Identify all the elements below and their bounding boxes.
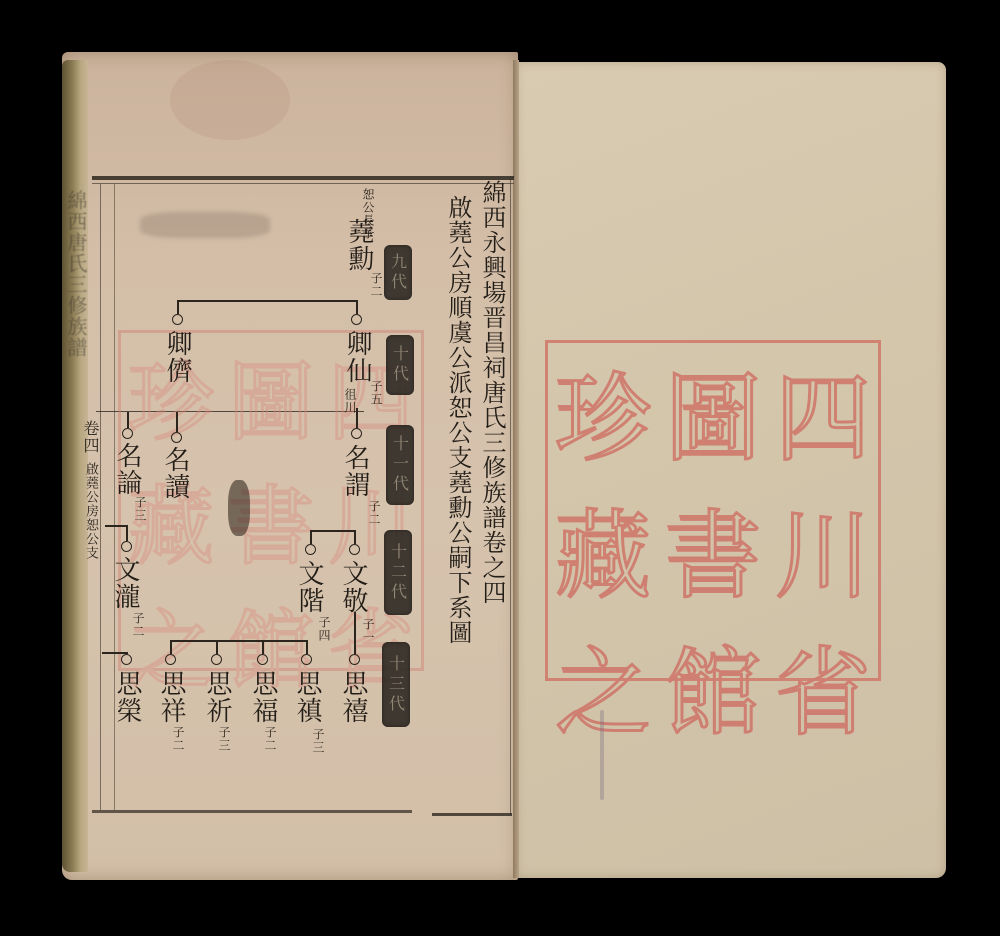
person-wenjing-note: 子一 (362, 618, 374, 644)
faded-text-smudge (140, 212, 270, 238)
tree-line (170, 640, 172, 654)
book-spread: 四 川 省 圖 書 館 珍 藏 之 綿西唐氏三修族譜 卷四 啟蕘公房恕公支 綿西… (0, 0, 1000, 936)
tree-node (121, 541, 132, 552)
person-wenjing: 文敬 (340, 560, 366, 614)
tree-line (177, 300, 357, 302)
person-wenlong: 文瀧 (112, 556, 138, 610)
tree-line (356, 300, 358, 314)
tree-line (127, 412, 129, 428)
person-qingxian-alt: 徂川 (344, 388, 356, 414)
tree-node (171, 432, 182, 443)
person-sifu-note: 子二 (264, 726, 276, 752)
tree-line (354, 530, 356, 544)
person-sifu: 思福 (250, 670, 276, 724)
generation-label-9: 九代 (384, 245, 412, 300)
person-mingwei-note: 子二 (368, 500, 380, 526)
frame-top-rule-thin (92, 183, 514, 184)
tree-line (177, 300, 179, 314)
person-minglun-note: 子三 (134, 496, 146, 522)
person-mingwei: 名謂 (342, 444, 368, 498)
tree-node (351, 314, 362, 325)
tree-line (176, 412, 178, 432)
person-qingxian: 卿仙 (344, 330, 370, 384)
frame-bottom-rule-right (432, 813, 512, 816)
tree-node (349, 654, 360, 665)
seal-char: 圖 (221, 333, 321, 457)
banxin-line-left (100, 184, 101, 810)
tree-node (165, 654, 176, 665)
person-siqi-note: 子三 (218, 726, 230, 752)
ink-smudge (228, 480, 250, 536)
tree-line (306, 640, 308, 654)
person-qingchai: 卿儕 (164, 330, 190, 384)
banxin-volume: 卷四 (82, 420, 98, 454)
tree-node (121, 654, 132, 665)
tree-node (211, 654, 222, 665)
person-wenjie: 文階 (296, 560, 322, 614)
seal-char: 藏 (548, 480, 658, 617)
person-siqi: 思祈 (204, 670, 230, 724)
person-sirong: 思榮 (114, 670, 140, 724)
tree-node (349, 544, 360, 555)
person-sizhen-note: 子三 (312, 728, 324, 754)
water-stain (170, 60, 290, 140)
tree-node (122, 428, 133, 439)
person-sizhen: 思禛 (294, 670, 320, 724)
tree-line (105, 525, 127, 527)
frame-top-rule (92, 176, 514, 180)
person-sixi: 思禧 (340, 670, 366, 724)
frame-right-rule (510, 176, 511, 816)
tree-line (356, 408, 358, 428)
tree-node (172, 314, 183, 325)
pencil-mark (600, 710, 604, 800)
library-seal-right: 四 川 省 圖 書 館 珍 藏 之 (545, 340, 881, 681)
title-line-2: 啟蕘公房順虞公派恕公支蕘勳公嗣下系圖 (446, 195, 470, 645)
seal-char: 省 (768, 617, 878, 754)
tree-node (351, 428, 362, 439)
generation-label-13: 十三代 (382, 642, 410, 727)
root-note: 子二 (370, 272, 382, 298)
seal-char: 四 (768, 343, 878, 480)
tree-line (126, 525, 128, 541)
title-line-1: 綿西永興場晋昌祠唐氏三修族譜卷之四 (480, 180, 504, 605)
tree-line (170, 640, 308, 642)
generation-label-10: 十代 (386, 335, 414, 395)
generation-label-11: 十一代 (386, 425, 414, 505)
tree-line (102, 652, 126, 654)
seal-char: 館 (658, 617, 768, 754)
person-wenlong-note: 子二 (132, 612, 144, 638)
root-name: 蕘勳 (346, 218, 372, 272)
tree-node (305, 544, 316, 555)
frame-bottom-rule (92, 810, 412, 813)
person-minglun: 名論 (114, 442, 140, 496)
tree-line (216, 640, 218, 654)
tree-node (301, 654, 312, 665)
generation-label-12: 十二代 (384, 530, 412, 615)
tree-line (310, 530, 356, 532)
person-wenjie-note: 子四 (318, 616, 330, 642)
person-mingdu: 名讀 (162, 446, 188, 500)
tree-line (354, 612, 356, 654)
person-qingxian-note: 子五 (370, 380, 382, 406)
banxin-title: 綿西唐氏三修族譜 (66, 190, 86, 358)
seal-char: 珍 (548, 343, 658, 480)
person-sixiang: 思祥 (158, 670, 184, 724)
tree-node (257, 654, 268, 665)
person-sixiang-note: 子二 (172, 726, 184, 752)
seal-char: 川 (768, 480, 878, 617)
seal-char: 圖 (658, 343, 768, 480)
tree-line (262, 640, 264, 654)
banxin-section: 啟蕘公房恕公支 (84, 462, 97, 560)
tree-line (310, 530, 312, 544)
seal-char: 書 (658, 480, 768, 617)
